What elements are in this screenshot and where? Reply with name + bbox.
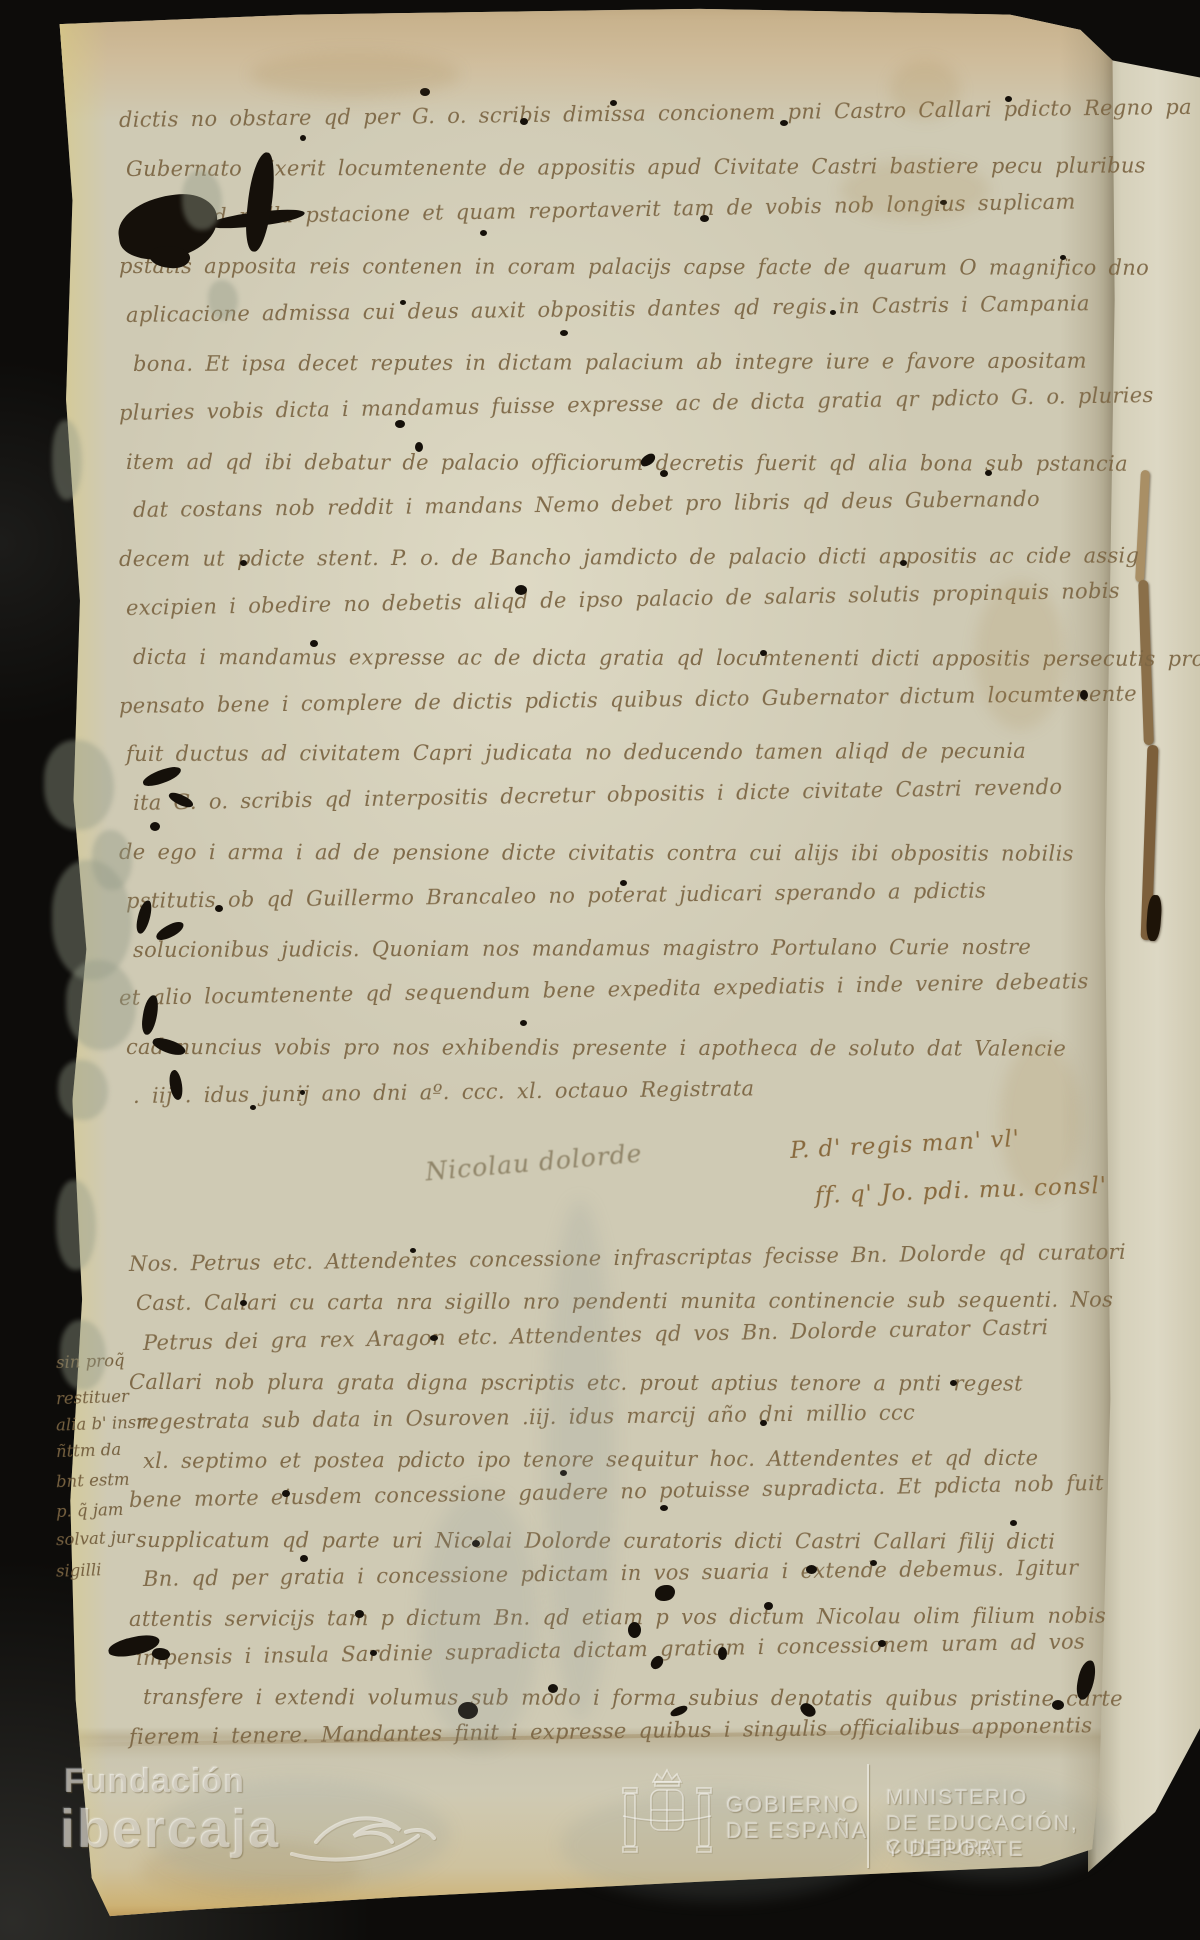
ink-blot xyxy=(430,1335,438,1341)
ink-blot xyxy=(764,1602,773,1610)
main-text-line: decem ut pdicte stent. P. o. de Bancho j… xyxy=(119,544,1139,572)
ibercaja-watermark: Fundación ibercaja xyxy=(60,1762,480,1882)
margin-note: sigilli xyxy=(56,1560,102,1581)
mottling-stain xyxy=(545,1200,615,1720)
page-content-overlay: Nicolau dolorde P. d' regis man' vl' ff.… xyxy=(0,0,1200,1940)
main-text-line: solucionibus judicis. Quoniam nos mandam… xyxy=(133,934,1031,961)
margin-note: bnt estm xyxy=(56,1470,130,1492)
ink-blot xyxy=(610,100,617,106)
main-text-line: . iij . idus junij ano dni aº. ccc. xl. … xyxy=(133,1076,755,1108)
government-watermark-line1: GOBIERNO xyxy=(726,1792,861,1818)
second-text-line: attentis servicijs tam p dictum Bn. qd e… xyxy=(129,1603,1106,1630)
ink-blot xyxy=(780,120,788,126)
main-text-line: et alio locumtenente qd sequendum bene e… xyxy=(119,969,1089,1010)
main-text-line: aplicacione admissa cui deus auxit obpos… xyxy=(126,291,1090,327)
ink-blot xyxy=(240,560,247,566)
margin-note: p. q̃ jam xyxy=(56,1500,124,1521)
ink-blot xyxy=(240,1300,247,1306)
foxing-stain xyxy=(975,580,1065,730)
ink-blot xyxy=(628,1622,641,1638)
main-text-line: pstitutis ob qd Guillermo Brancaleo no p… xyxy=(126,878,986,913)
ink-blot xyxy=(806,1565,817,1574)
main-text-line: ita G. o. scribis qd interpositis decret… xyxy=(133,775,1063,815)
ink-blot xyxy=(660,1505,668,1511)
second-text-line: Cast. Callari cu carta nra sigillo nro p… xyxy=(136,1288,1113,1315)
ink-blot xyxy=(395,420,405,428)
main-text-line: pstatis apposita reis contenen in coram … xyxy=(119,254,1149,280)
ibercaja-watermark-line2: ibercaja xyxy=(60,1798,280,1860)
ink-blot xyxy=(560,330,568,336)
spain-coat-of-arms-icon xyxy=(620,1764,714,1870)
ink-blot xyxy=(480,230,487,236)
government-watermark: GOBIERNO DE ESPAÑA MINISTERIO DE EDUCACI… xyxy=(612,1764,1192,1884)
ministry-watermark-line3: Y DEPORTE xyxy=(886,1838,1025,1862)
ink-blot xyxy=(700,215,709,222)
ink-blot xyxy=(760,650,767,656)
government-watermark-line2: DE ESPAÑA xyxy=(726,1818,868,1844)
chancery-note-line-1: P. d' regis man' vl' xyxy=(789,1126,1020,1164)
ministry-watermark-line1: MINISTERIO xyxy=(886,1786,1029,1810)
ink-blot xyxy=(878,1640,886,1647)
damp-stain xyxy=(58,1060,108,1120)
ink-blot xyxy=(400,300,406,305)
watermark-divider xyxy=(867,1764,869,1868)
foxing-stain xyxy=(890,60,960,120)
ink-blot xyxy=(1060,255,1066,260)
ink-blot xyxy=(950,1380,957,1386)
foxing-stain xyxy=(250,52,460,97)
damp-stain xyxy=(208,280,238,320)
main-text-line: fuit ductus ad civitatem Capri judicata … xyxy=(126,739,1026,766)
main-text-line: bona. Et ipsa decet reputes in dictam pa… xyxy=(133,349,1087,376)
main-text-line: dictis no obstare qd per G. o. scribis d… xyxy=(119,95,1192,132)
ink-blot xyxy=(300,135,306,141)
main-text-line: Gubernato dixerit locumtenente de apposi… xyxy=(126,153,1146,181)
second-text-line: Nos. Petrus etc. Attendentes concessione… xyxy=(129,1240,1126,1276)
ink-blot xyxy=(310,640,318,647)
ink-blot xyxy=(1005,96,1012,102)
damp-stain xyxy=(56,1180,96,1270)
ink-blot xyxy=(515,585,527,595)
main-text-line: item ad qd ibi debatur de palacio offici… xyxy=(126,450,1128,476)
ink-blot xyxy=(718,1647,727,1660)
ink-blot xyxy=(300,1555,308,1562)
ink-blot xyxy=(520,118,528,125)
margin-note: alia b' insm xyxy=(56,1412,152,1434)
ink-blot xyxy=(150,822,160,831)
ink-blot xyxy=(520,1020,527,1026)
ink-blot xyxy=(1010,1520,1017,1526)
damp-stain xyxy=(60,1320,106,1390)
manuscript-photo: Nicolau dolorde P. d' regis man' vl' ff.… xyxy=(0,0,1200,1940)
ink-blot xyxy=(415,442,423,452)
ibercaja-bird-icon xyxy=(288,1802,438,1872)
margin-note: solvat jur xyxy=(56,1528,135,1550)
margin-note: restituer xyxy=(56,1387,130,1409)
second-text-line: bene morte eiusdem concessione gaudere n… xyxy=(129,1471,1104,1512)
ink-blot xyxy=(900,560,907,566)
ink-blot xyxy=(410,1248,416,1253)
ink-blot xyxy=(1080,690,1088,700)
ink-blot xyxy=(1052,1700,1064,1710)
ink-blot xyxy=(620,880,627,886)
ink-blot xyxy=(985,470,992,476)
ink-blot xyxy=(215,905,223,912)
mottling-stain xyxy=(420,1490,540,1750)
foxing-stain xyxy=(1000,1040,1080,1200)
damp-stain xyxy=(44,740,114,830)
ink-blot xyxy=(300,1090,305,1095)
ink-blot xyxy=(660,470,668,477)
ink-blot xyxy=(760,1420,767,1426)
damp-stain xyxy=(52,420,82,500)
second-text-line: fierem i tenere. Mandantes finit i expre… xyxy=(129,1713,1093,1749)
ink-blot xyxy=(830,310,836,315)
main-text-line: excipien i obedire no debetis aliqd de i… xyxy=(126,579,1120,620)
damp-stain xyxy=(92,830,132,890)
ibercaja-watermark-line1: Fundación xyxy=(64,1762,245,1801)
second-text-line: transfere i extendi volumus sub modo i f… xyxy=(143,1685,1123,1711)
main-text-line: pluries vobis dicta i mandamus fuisse ex… xyxy=(119,383,1154,425)
main-text-line: dat costans nob reddit i mandans Nemo de… xyxy=(133,487,1040,522)
ink-blot xyxy=(282,1490,290,1497)
second-text-line: impensis i insula Sardinie supradicta di… xyxy=(136,1629,1085,1670)
ink-blot xyxy=(548,1684,558,1693)
ink-blot xyxy=(870,1560,877,1566)
damp-stain xyxy=(182,170,222,230)
ink-blot xyxy=(355,1610,364,1618)
main-text-line: de ego i arma i ad de pensione dicte civ… xyxy=(119,840,1074,866)
ink-blot xyxy=(250,1105,256,1110)
margin-note: ñttm da xyxy=(56,1440,122,1461)
damp-stain xyxy=(66,960,136,1050)
notary-signature: Nicolau dolorde xyxy=(424,1139,643,1187)
main-text-line: cad nuncius vobis pro nos exhibendis pre… xyxy=(126,1035,1066,1061)
ink-blot xyxy=(141,764,183,789)
ink-blot xyxy=(655,1585,675,1601)
ink-blot xyxy=(370,1650,377,1656)
second-text-line: regestrata sub data in Osuroven .iij. id… xyxy=(136,1400,915,1434)
foxing-stain xyxy=(840,160,990,220)
